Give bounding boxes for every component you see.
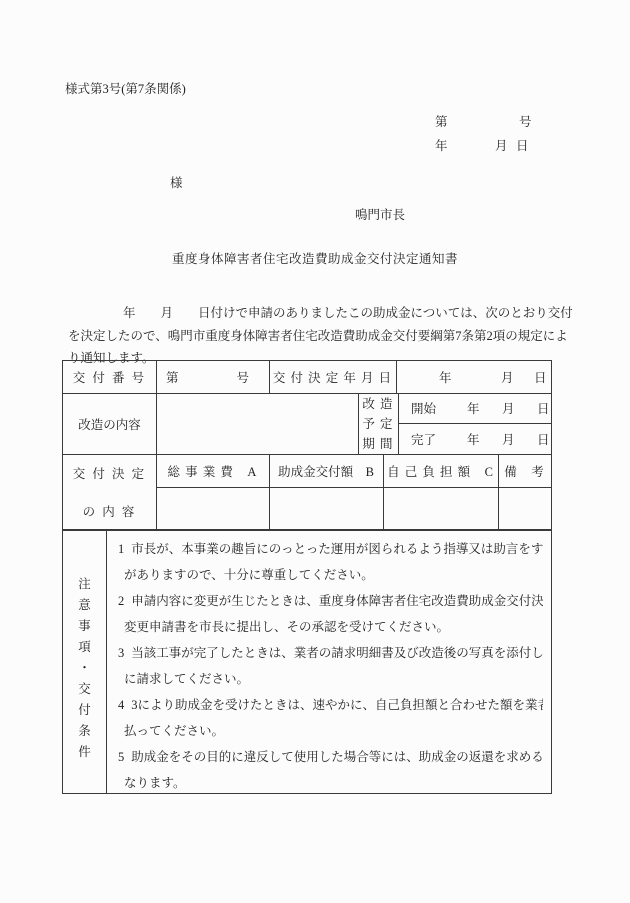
header-date-month: 月 — [495, 138, 508, 154]
period-start-row: 開始 年 月 日 — [398, 393, 551, 423]
note-item: 4 3により助成金を受けたときは、速やかに、自己負担額と合わせた額を業者に支 払… — [118, 692, 543, 744]
sender-name: 鳴門市長 — [355, 207, 405, 223]
period-end-row: 完了 年 月 日 — [398, 423, 551, 454]
document-title: 重度身体障害者住宅改造費助成金交付決定通知書 — [0, 249, 630, 267]
self-payment-value-cell — [383, 487, 498, 529]
form-number-label: 様式第3号(第7条関係) — [65, 81, 186, 97]
notes-vertical-label: 注 意 事 項 ・ 交 付 条 件 — [78, 574, 91, 763]
subsidy-amount-value-cell — [269, 487, 383, 529]
note-number: 5 — [118, 744, 124, 770]
period-end-label: 完了 — [411, 430, 436, 448]
grant-number-suffix: 号 — [236, 368, 249, 386]
column-header-self-payment: 自 己 負 担 額 C — [383, 454, 498, 487]
note-item: 3 当該工事が完了したときは、業者の請求明細書及び改造後の写真を添付し、市長 に… — [118, 640, 543, 692]
note-number: 1 — [118, 536, 124, 562]
note-text: 申請内容に変更が生じたときは、重度身体障害者住宅改造費助成金交付決定内容 — [131, 588, 543, 614]
period-start-label: 開始 — [411, 399, 436, 417]
notes-vertical-label-cell: 注 意 事 項 ・ 交 付 条 件 — [63, 531, 106, 793]
grant-number-label: 交 付 番 号 — [63, 361, 156, 393]
note-number: 2 — [118, 588, 124, 614]
decision-date-month: 月 — [501, 368, 514, 386]
column-header-remarks: 備 考 — [498, 454, 551, 487]
decision-date-day: 日 — [534, 368, 547, 386]
doc-number-prefix: 第 — [435, 114, 448, 130]
grant-number-prefix: 第 — [166, 368, 179, 386]
remarks-value-cell — [498, 487, 551, 529]
grant-table: 交 付 番 号 第 号 交 付 決 定 年 月 日 年 月 日 改造の内容 改 … — [62, 360, 552, 530]
header-date-day: 日 — [516, 138, 529, 154]
period-end-day: 日 — [537, 430, 550, 448]
note-item: 5 助成金をその目的に違反して使用した場合等には、助成金の返還を求めることに な… — [118, 744, 543, 796]
decision-date-label: 交 付 決 定 年 月 日 — [269, 361, 396, 393]
note-text: がありますので、十分に尊重してください。 — [118, 562, 543, 588]
note-text: 払ってください。 — [118, 718, 543, 744]
renovation-label: 改造の内容 — [63, 393, 156, 454]
note-text: 助成金をその目的に違反して使用した場合等には、助成金の返還を求めることに — [131, 744, 543, 770]
decision-content-label-line2: の 内 容 — [83, 502, 137, 520]
period-start-month: 月 — [502, 399, 515, 417]
decision-date-year: 年 — [439, 368, 452, 386]
note-number: 4 — [118, 692, 124, 718]
intro-line: 年 月 日付けで申請のありましたこの助成金については、次のとおり交付 — [68, 302, 573, 325]
column-header-total-cost: 総 事 業 費 A — [156, 454, 269, 487]
note-text: なります。 — [118, 770, 543, 796]
notes-content: 1 市長が、本事業の趣旨にのっとった運用が図られるよう指導又は助言をすること が… — [106, 531, 551, 793]
intro-line: を決定したので、鳴門市重度身体障害者住宅改造費助成金交付要綱第7条第2項の規定に… — [68, 325, 573, 348]
note-number: 3 — [118, 640, 124, 666]
period-end-month: 月 — [502, 430, 515, 448]
note-text: 変更申請書を市長に提出し、その承認を受けてください。 — [118, 614, 543, 640]
document-page: 様式第3号(第7条関係) 第 号 年 月 日 様 鳴門市長 重度身体障害者住宅改… — [0, 0, 630, 903]
renovation-period-label: 改 造 予 定 期 間 — [358, 393, 398, 454]
note-text: 3により助成金を受けたときは、速やかに、自己負担額と合わせた額を業者に支 — [131, 692, 543, 718]
decision-date-value-cell: 年 月 日 — [396, 361, 551, 393]
period-start-day: 日 — [537, 399, 550, 417]
period-start-year: 年 — [467, 399, 480, 417]
note-text: 市長が、本事業の趣旨にのっとった運用が図られるよう指導又は助言をすること — [131, 536, 543, 562]
note-text: に請求してください。 — [118, 666, 543, 692]
total-cost-value-cell — [156, 487, 269, 529]
note-item: 1 市長が、本事業の趣旨にのっとった運用が図られるよう指導又は助言をすること が… — [118, 536, 543, 588]
notes-table: 注 意 事 項 ・ 交 付 条 件 1 市長が、本事業の趣旨にのっとった運用が図… — [62, 530, 552, 794]
addressee-suffix: 様 — [170, 175, 183, 191]
column-header-subsidy-amount: 助成金交付額 B — [269, 454, 383, 487]
decision-content-label-line1: 交 付 決 定 — [73, 464, 146, 482]
note-text: 当該工事が完了したときは、業者の請求明細書及び改造後の写真を添付し、市長 — [131, 640, 543, 666]
grant-number-value-cell: 第 号 — [156, 361, 269, 393]
decision-content-label: 交 付 決 定 の 内 容 — [63, 454, 156, 529]
doc-number-suffix: 号 — [519, 114, 532, 130]
note-item: 2 申請内容に変更が生じたときは、重度身体障害者住宅改造費助成金交付決定内容 変… — [118, 588, 543, 640]
renovation-content-cell — [156, 393, 358, 454]
header-date-year: 年 — [435, 138, 448, 154]
period-end-year: 年 — [467, 430, 480, 448]
